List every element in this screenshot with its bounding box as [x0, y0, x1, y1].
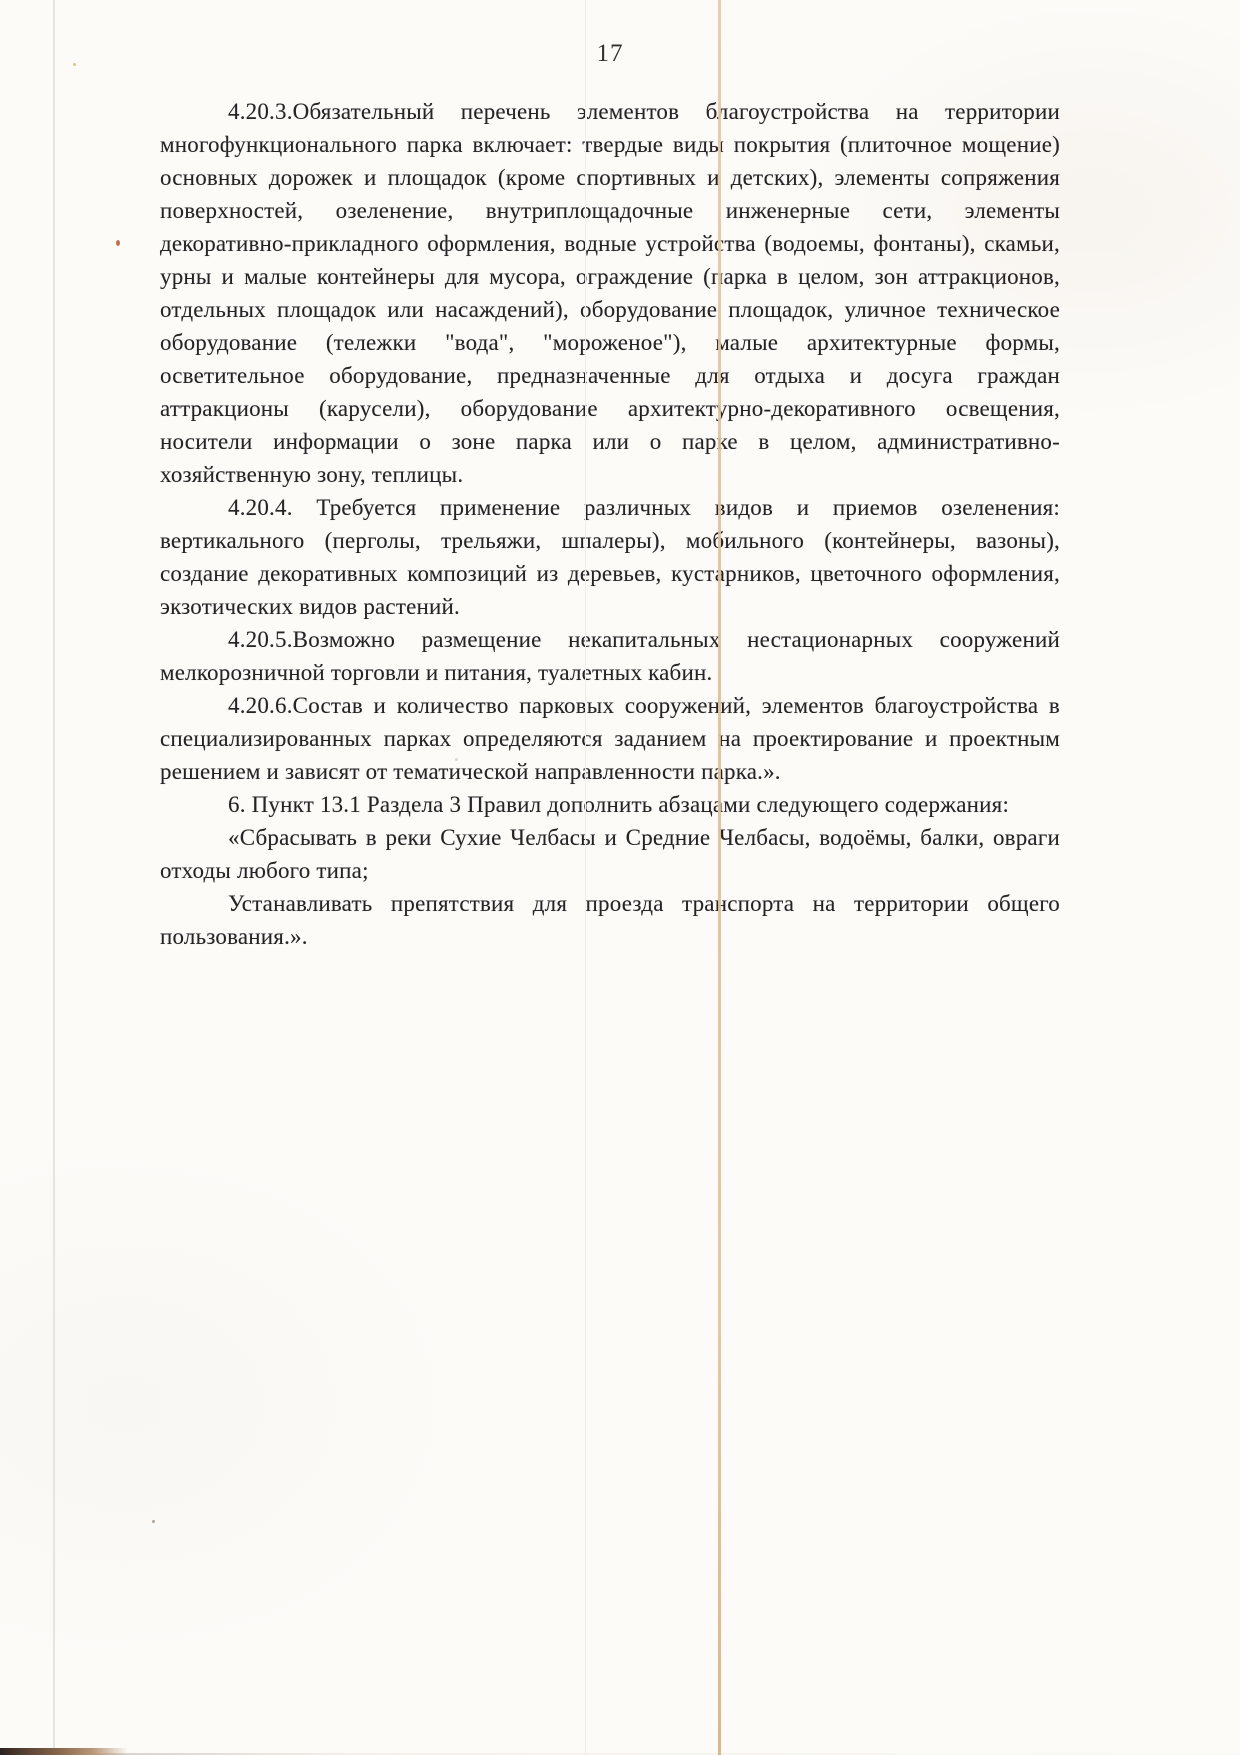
- paragraph-item-6: 6. Пункт 13.1 Раздела 3 Правил дополнить…: [160, 788, 1060, 821]
- scan-middle-edge-line: [585, 0, 586, 1755]
- paragraph-item-6-abzac-1: «Сбрасывать в реки Сухие Челбасы и Средн…: [160, 821, 1060, 887]
- paragraph-item-6-abzac-2: Устанавливать препятствия для проезда тр…: [160, 887, 1060, 953]
- scan-speck: [455, 758, 458, 761]
- scan-fold-line: [718, 0, 721, 1755]
- scan-speck: [152, 1520, 155, 1523]
- scan-left-edge-line: [53, 0, 55, 1755]
- scan-bottom-left-smudge: [0, 1748, 128, 1755]
- paragraph-4-20-5: 4.20.5.Возможно размещение некапитальных…: [160, 623, 1060, 689]
- paragraph-4-20-4: 4.20.4. Требуется применение различных в…: [160, 491, 1060, 623]
- page-number: 17: [160, 40, 1060, 68]
- scan-speck: [116, 240, 120, 246]
- document-text-block: 4.20.3.Обязательный перечень элементов б…: [160, 95, 1060, 953]
- paragraph-4-20-3: 4.20.3.Обязательный перечень элементов б…: [160, 95, 1060, 491]
- paragraph-4-20-6: 4.20.6.Состав и количество парковых соор…: [160, 689, 1060, 788]
- scan-speck: [73, 63, 76, 66]
